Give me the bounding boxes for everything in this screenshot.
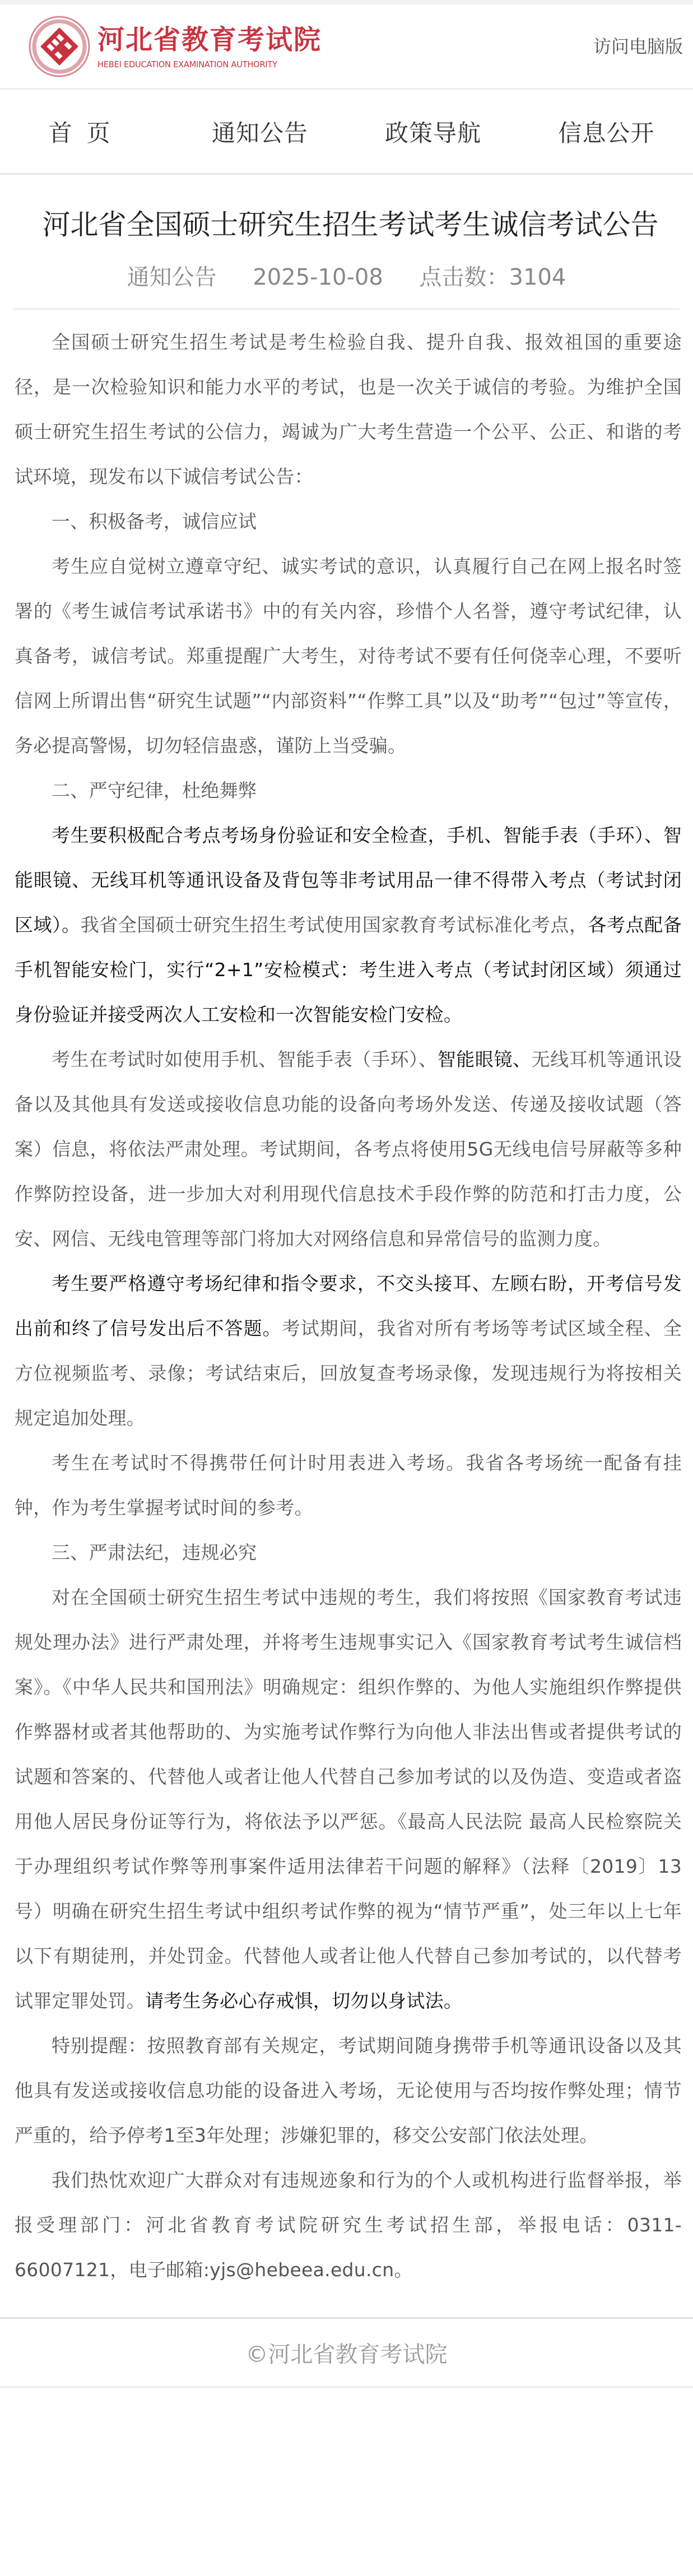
text-segment: 全国硕士研究生招生考试是考生检验自我、提升自我、报效祖国的重要途径，是一次检验知… — [15, 331, 682, 488]
text-segment: 考生在考试时不得携带任何计时用表进入考场。我省各考场统一配备有挂钟，作为考生掌握… — [15, 1452, 682, 1519]
nav-item-disclosure[interactable]: 信息公开 — [520, 115, 693, 148]
text-segment: 一、积极备考，诚信应试 — [52, 510, 257, 532]
section-heading: 三、严肃法纪，违规必究 — [15, 1530, 682, 1575]
footer-bottom-line — [0, 2386, 693, 2388]
paragraph: 全国硕士研究生招生考试是考生检验自我、提升自我、报效祖国的重要途径，是一次检验知… — [15, 320, 682, 499]
paragraph: 我们热忱欢迎广大群众对有违规迹象和行为的个人或机构进行监督举报，举报受理部门：河… — [15, 2158, 682, 2292]
text-segment: 对在全国硕士研究生招生考试中违规的考生，我们将按照《国家教育考试违规处理办法》进… — [15, 1586, 682, 2012]
text-segment: 考生在考试时如使用手机、智能手表（手环）、 — [52, 1048, 438, 1070]
article-body: 全国硕士研究生招生考试是考生检验自我、提升自我、报效祖国的重要途径，是一次检验知… — [0, 310, 693, 2292]
top-strip — [0, 0, 693, 4]
logo-title-en: HEBEI EDUCATION EXAMINATION AUTHORITY — [97, 59, 317, 69]
site-header: 河北省教育考试院 HEBEI EDUCATION EXAMINATION AUT… — [0, 4, 693, 90]
section-heading: 一、积极备考，诚信应试 — [15, 499, 682, 544]
article: 河北省全国硕士研究生招生考试考生诚信考试公告 通知公告 2025-10-08 点… — [0, 175, 693, 2292]
paragraph: 考生应自觉树立遵章守纪、诚实考试的意识，认真履行自己在网上报名时签署的《考生诚信… — [15, 544, 682, 768]
hits-label: 点击数： — [420, 264, 509, 290]
text-segment: 考生应自觉树立遵章守纪、诚实考试的意识，认真履行自己在网上报名时签署的《考生诚信… — [15, 555, 682, 756]
nav-item-notices[interactable]: 通知公告 — [173, 115, 346, 148]
text-segment: 二、严守纪律，杜绝舞弊 — [52, 779, 257, 801]
article-category[interactable]: 通知公告 — [127, 264, 217, 290]
site-footer: ©河北省教育考试院 — [0, 2319, 693, 2386]
article-hits: 点击数：3104 — [420, 264, 566, 290]
copyright-text: ©河北省教育考试院 — [246, 2337, 448, 2369]
paragraph: 对在全国硕士研究生招生考试中违规的考生，我们将按照《国家教育考试违规处理办法》进… — [15, 1575, 682, 2023]
hits-count: 3104 — [509, 264, 566, 290]
text-segment: 无线耳机等通讯设备以及其他具有发送或接收信息功能的设备向考场外发送、传递及接收试… — [15, 1048, 682, 1250]
article-date: 2025-10-08 — [253, 264, 383, 290]
main-nav: 首页 通知公告 政策导航 信息公开 — [0, 90, 693, 175]
article-meta: 通知公告 2025-10-08 点击数：3104 — [0, 258, 693, 297]
text-segment: 我们热忱欢迎广大群众对有违规迹象和行为的个人或机构进行监督举报，举报受理部门：河… — [15, 2169, 682, 2281]
emblem-icon — [28, 15, 91, 78]
text-segment: 特别提醒：按照教育部有关规定，考试期间随身携带手机等通讯设备以及其他具有发送或接… — [15, 2035, 682, 2146]
paragraph: 考生要积极配合考点考场身份验证和安全检查，手机、智能手表（手环）、智能眼镜、无线… — [15, 813, 682, 1037]
paragraph: 特别提醒：按照教育部有关规定，考试期间随身携带手机等通讯设备以及其他具有发送或接… — [15, 2023, 682, 2158]
paragraph: 考生在考试时如使用手机、智能手表（手环）、智能眼镜、无线耳机等通讯设备以及其他具… — [15, 1037, 682, 1261]
article-title: 河北省全国硕士研究生招生考试考生诚信考试公告 — [0, 175, 693, 248]
paragraph: 考生在考试时不得携带任何计时用表进入考场。我省各考场统一配备有挂钟，作为考生掌握… — [15, 1441, 682, 1530]
visit-pc-version-link[interactable]: 访问电脑版 — [593, 33, 683, 58]
emphasis-segment: 请考生务必心存戒惧，切勿以身试法。 — [145, 1990, 462, 2012]
site-logo[interactable]: 河北省教育考试院 HEBEI EDUCATION EXAMINATION AUT… — [28, 15, 322, 78]
paragraph: 考生要严格遵守考场纪律和指令要求，不交头接耳、左顾右盼，开考信号发出前和终了信号… — [15, 1261, 682, 1441]
emphasis-segment: 智能眼镜、 — [438, 1048, 532, 1070]
text-segment: 我省全国硕士研究生招生考试使用国家教育考试标准化考点， — [81, 914, 588, 936]
section-heading: 二、严守纪律，杜绝舞弊 — [15, 768, 682, 813]
nav-item-home[interactable]: 首页 — [0, 115, 173, 148]
nav-item-policy[interactable]: 政策导航 — [347, 115, 520, 148]
logo-title-cn: 河北省教育考试院 — [97, 24, 322, 56]
text-segment: 三、严肃法纪，违规必究 — [52, 1542, 257, 1563]
